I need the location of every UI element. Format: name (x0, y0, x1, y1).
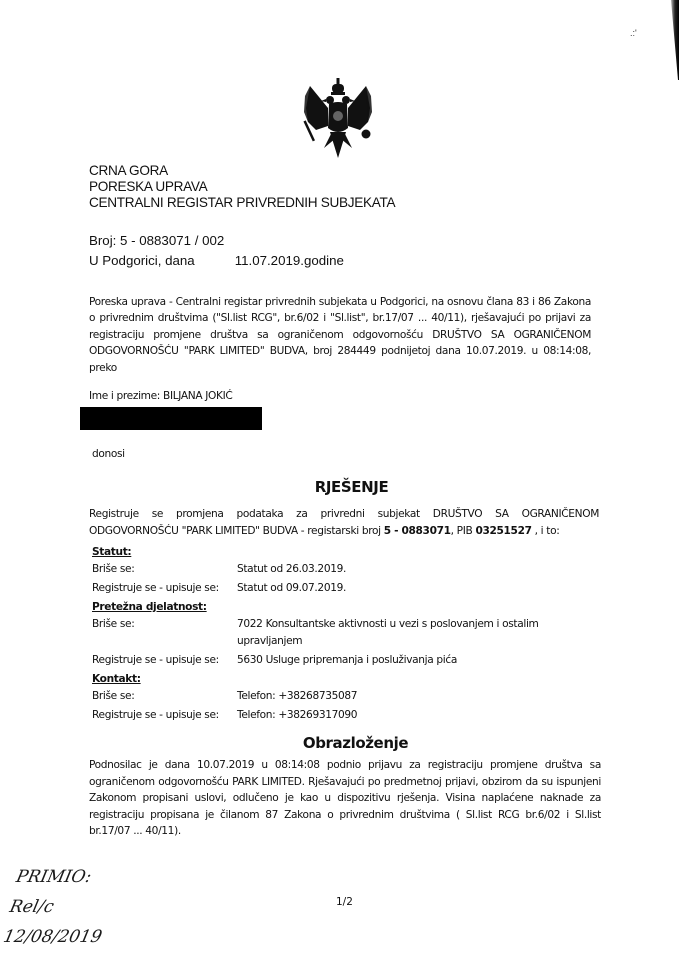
issuer-header: CRNA GORA PORESKA UPRAVA CENTRALNI REGIS… (89, 163, 395, 211)
change-label: Briše se: (92, 561, 237, 578)
reasoning-paragraph: Podnosilac je dana 10.07.2019 u 08:14:08… (89, 757, 601, 840)
coat-of-arms-icon (302, 78, 374, 160)
change-value: Statut od 26.03.2019. (237, 561, 572, 578)
section-kontakt: Kontakt: Briše se: Telefon: +38268735087… (92, 671, 572, 724)
handwritten-receipt-note: PRIMIO: Rel/c 12/08/2019 (0, 862, 117, 952)
document-number: Broj: 5 - 0883071 / 002 (89, 231, 344, 251)
donosi-label: donosi (92, 448, 125, 460)
scan-speck: .:' (630, 28, 637, 38)
decision-title: RJEŠENJE (12, 478, 679, 496)
section-title: Kontakt: (92, 671, 572, 688)
place-date-line: U Podgorici, dana11.07.2019.godine (89, 251, 344, 271)
page-number: 1/2 (336, 896, 353, 908)
section-statut: Statut: Briše se: Statut od 26.03.2019. … (92, 544, 572, 597)
intro-paragraph: Poreska uprava - Centralni registar priv… (89, 294, 591, 376)
change-row: Briše se: Statut od 26.03.2019. (92, 561, 572, 578)
redacted-block (80, 407, 262, 430)
section-title: Statut: (92, 544, 572, 561)
section-pretezna-djelatnost: Pretežna djelatnost: Briše se: 7022 Kons… (92, 599, 572, 669)
change-row: Registruje se - upisuje se: Telefon: +38… (92, 707, 572, 724)
country-name: CRNA GORA (89, 163, 395, 179)
change-value: 7022 Konsultantske aktivnosti u vezi s p… (237, 616, 572, 650)
scan-page-edge (669, 0, 679, 80)
change-row: Registruje se - upisuje se: 5630 Usluge … (92, 652, 572, 669)
place-label: U Podgorici, dana (89, 253, 195, 268)
change-value: Telefon: +38269317090 (237, 707, 572, 724)
change-value: Telefon: +38268735087 (237, 688, 572, 705)
change-label: Briše se: (92, 616, 237, 650)
handwritten-received: PRIMIO: (13, 862, 117, 892)
handwritten-signature: Rel/c (7, 892, 111, 922)
changes-list: Statut: Briše se: Statut od 26.03.2019. … (92, 544, 572, 726)
pib-label: , PIB (451, 525, 476, 537)
handwritten-date: 12/08/2019 (0, 922, 104, 952)
pib-number: 03251527 (475, 525, 531, 537)
intro-text: Poreska uprava - Centralni registar priv… (89, 294, 591, 376)
change-label: Registruje se - upisuje se: (92, 707, 237, 724)
change-label: Registruje se - upisuje se: (92, 652, 237, 669)
issue-date: 11.07.2019.godine (235, 251, 344, 271)
change-label: Briše se: (92, 688, 237, 705)
decision-paragraph: Registruje se promjena podataka za privr… (89, 506, 599, 540)
change-row: Registruje se - upisuje se: Statut od 09… (92, 580, 572, 597)
applicant-name: Ime i prezime: BILJANA JOKIĆ (89, 389, 232, 403)
change-row: Briše se: Telefon: +38268735087 (92, 688, 572, 705)
change-label: Registruje se - upisuje se: (92, 580, 237, 597)
authority-name: PORESKA UPRAVA (89, 179, 395, 195)
change-value: 5630 Usluge pripremanja i posluživanja p… (237, 652, 572, 669)
reasoning-title: Obrazloženje (16, 734, 679, 752)
registry-name: CENTRALNI REGISTAR PRIVREDNIH SUBJEKATA (89, 195, 395, 211)
document-reference: Broj: 5 - 0883071 / 002 U Podgorici, dan… (89, 231, 344, 271)
change-value: Statut od 09.07.2019. (237, 580, 572, 597)
decision-text-end: , i to: (532, 525, 560, 537)
section-title: Pretežna djelatnost: (92, 599, 572, 616)
change-row: Briše se: 7022 Konsultantske aktivnosti … (92, 616, 572, 650)
registration-number: 5 - 0883071 (384, 525, 451, 537)
